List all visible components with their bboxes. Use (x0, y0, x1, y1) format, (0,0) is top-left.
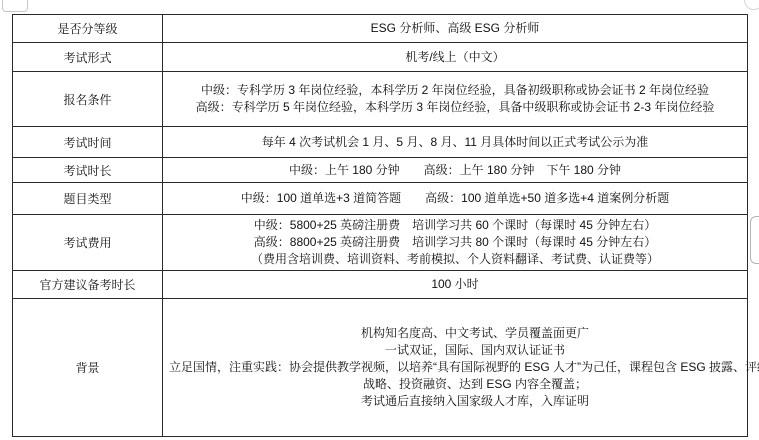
table-row: 考试时间 每年 4 次考试机会 1 月、5 月、8 月、11 月具体时间以正式考… (13, 127, 747, 158)
cell-line: 中级：5800+25 英磅注册费 培训学习共 60 个课时（每课时 45 分钟左… (254, 217, 656, 234)
partial-button-right-edge-icon[interactable] (750, 216, 759, 264)
cell-line: 一试双证，国际、国内双认证证书 (385, 342, 565, 359)
cell-line: 战略、投资融资、达到 ESG 内容全覆盖； (363, 376, 587, 393)
cell-line: 高级：8800+25 英磅注册费 培训学习共 80 个课时（每课时 45 分钟左… (254, 234, 656, 251)
cell-line: （费用含培训费、培训资料、考前模拟、个人资料翻译、考试费、认证费等） (251, 251, 659, 268)
row-value: ESG 分析师、高级 ESG 分析师 (163, 15, 747, 42)
row-value: 机考/线上（中文） (163, 43, 747, 71)
row-label: 考试时间 (13, 127, 163, 157)
row-value: 中级：专科学历 3 年岗位经验，本科学历 2 年岗位经验，具备初级职称或协会证书… (163, 72, 747, 126)
cell-line: 100 小时 (431, 276, 478, 293)
partial-circle-top-right-icon (744, 0, 759, 10)
cell-line: 机考/线上（中文） (405, 49, 504, 66)
partial-button-top-left-icon[interactable] (2, 0, 28, 12)
table-row: 背景 机构知名度高、中文考试、学员覆盖面更广 一试双证，国际、国内双认证证书 立… (13, 299, 747, 436)
row-label: 考试费用 (13, 215, 163, 270)
cell-line: 每年 4 次考试机会 1 月、5 月、8 月、11 月具体时间以正式考试公示为准 (262, 134, 649, 151)
table-row: 报名条件 中级：专科学历 3 年岗位经验，本科学历 2 年岗位经验，具备初级职称… (13, 72, 747, 127)
row-value: 100 小时 (163, 271, 747, 298)
esg-exam-info-table: 是否分等级 ESG 分析师、高级 ESG 分析师 考试形式 机考/线上（中文） … (12, 14, 748, 437)
cell-line: 立足国情，注重实践：协会提供教学视频，以培养“具有国际视野的 ESG 人才”为己… (169, 359, 759, 376)
cell-line: 考试通后直接纳入国家级人才库，入库证明 (361, 393, 589, 410)
row-value: 中级：5800+25 英磅注册费 培训学习共 60 个课时（每课时 45 分钟左… (163, 215, 747, 270)
table-row: 官方建议备考时长 100 小时 (13, 271, 747, 299)
table-row: 考试费用 中级：5800+25 英磅注册费 培训学习共 60 个课时（每课时 4… (13, 215, 747, 271)
row-label: 报名条件 (13, 72, 163, 126)
row-label: 考试形式 (13, 43, 163, 71)
row-label: 官方建议备考时长 (13, 271, 163, 298)
row-label: 背景 (13, 299, 163, 436)
cell-line: 中级：上午 180 分钟 高级：上午 180 分钟 下午 180 分钟 (289, 162, 621, 179)
page: 是否分等级 ESG 分析师、高级 ESG 分析师 考试形式 机考/线上（中文） … (0, 0, 759, 440)
row-label: 是否分等级 (13, 15, 163, 42)
table-row: 考试形式 机考/线上（中文） (13, 43, 747, 72)
table-row: 考试时长 中级：上午 180 分钟 高级：上午 180 分钟 下午 180 分钟 (13, 158, 747, 183)
cell-line: 中级：专科学历 3 年岗位经验，本科学历 2 年岗位经验，具备初级职称或协会证书… (201, 82, 709, 99)
row-value: 中级：100 道单选+3 道简答题 高级：100 道单选+50 道多选+4 道案… (163, 183, 747, 214)
table-row: 是否分等级 ESG 分析师、高级 ESG 分析师 (13, 15, 747, 43)
row-label: 考试时长 (13, 158, 163, 182)
row-value: 每年 4 次考试机会 1 月、5 月、8 月、11 月具体时间以正式考试公示为准 (163, 127, 747, 157)
row-value: 中级：上午 180 分钟 高级：上午 180 分钟 下午 180 分钟 (163, 158, 747, 182)
table-row: 题目类型 中级：100 道单选+3 道简答题 高级：100 道单选+50 道多选… (13, 183, 747, 215)
cell-line: 机构知名度高、中文考试、学员覆盖面更广 (361, 325, 589, 342)
row-label: 题目类型 (13, 183, 163, 214)
cell-line: 中级：100 道单选+3 道简答题 高级：100 道单选+50 道多选+4 道案… (241, 190, 669, 207)
cell-line: 高级：专科学历 5 年岗位经验，本科学历 3 年岗位经验，具备中级职称或协会证书… (196, 99, 715, 116)
cell-line: ESG 分析师、高级 ESG 分析师 (371, 20, 540, 37)
row-value: 机构知名度高、中文考试、学员覆盖面更广 一试双证，国际、国内双认证证书 立足国情… (163, 299, 759, 436)
